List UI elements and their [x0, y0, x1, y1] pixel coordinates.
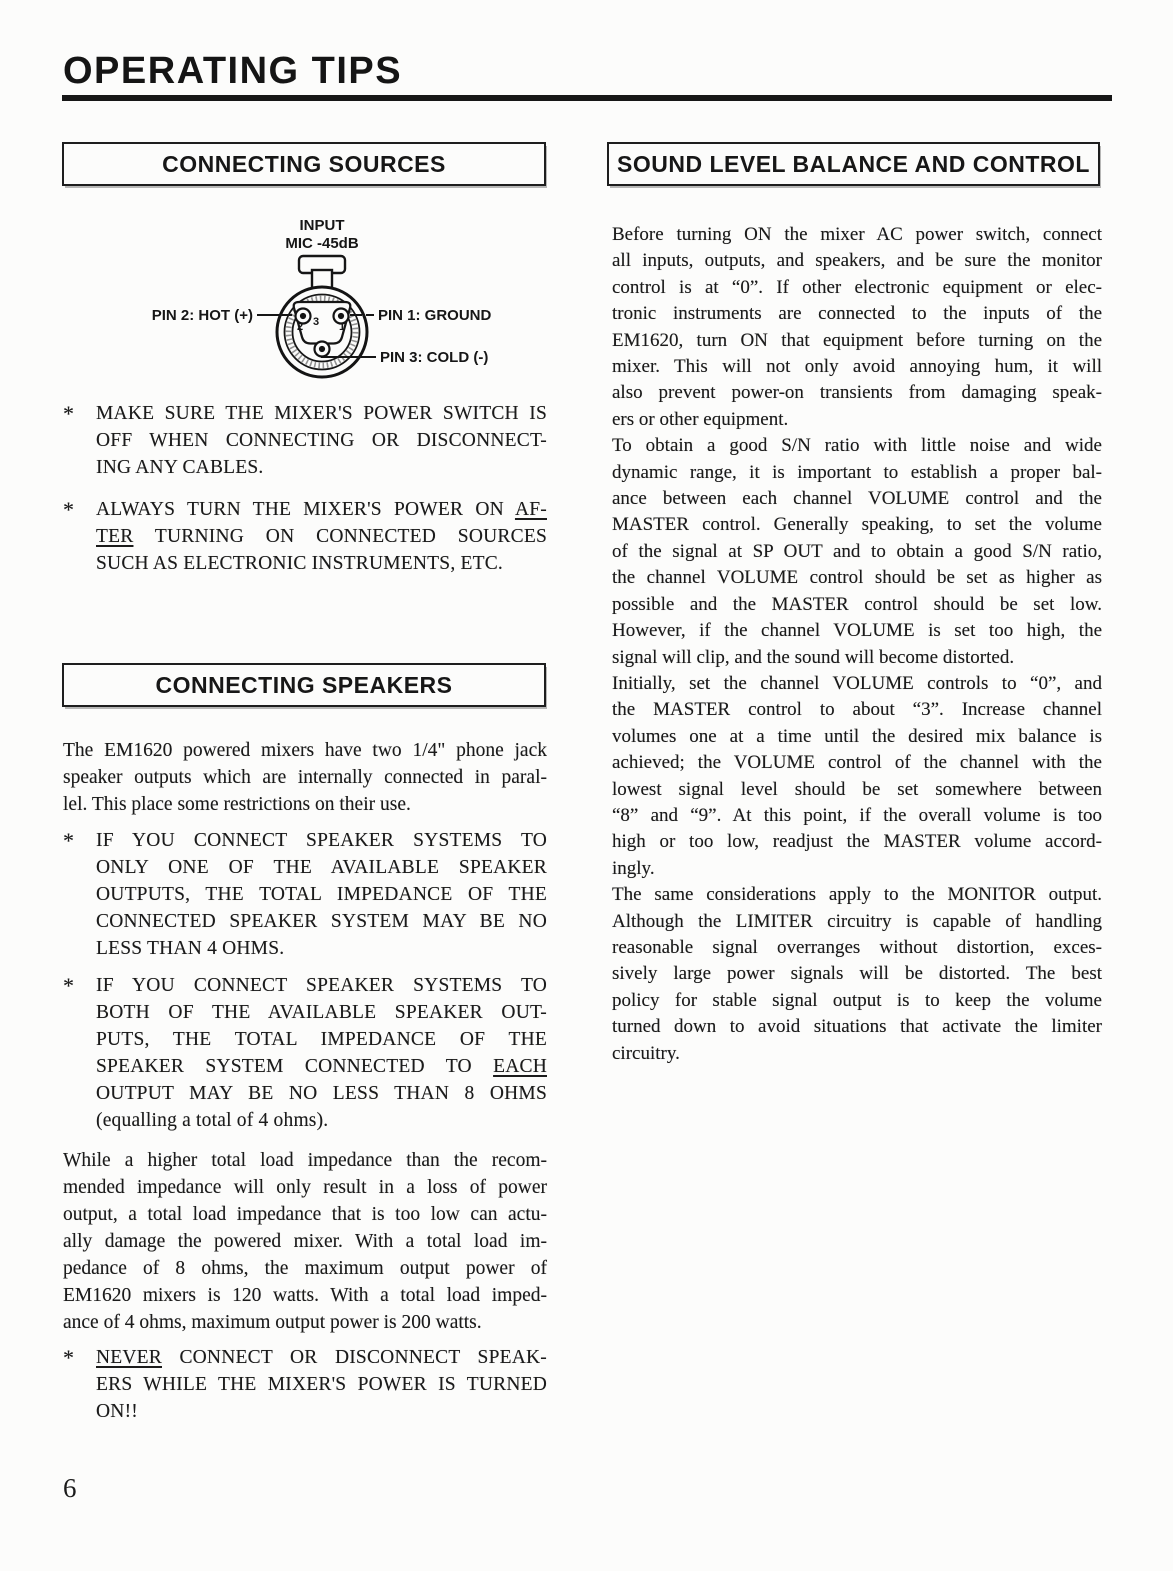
- bullet-text: NEVER CONNECT OR DISCONNECT SPEAK-ERS WH…: [96, 1344, 547, 1425]
- text-line: ONLY ONE OF THE AVAILABLE SPEAKER: [96, 854, 547, 881]
- text-line: EM1620 mixers is 120 watts. With a total…: [63, 1282, 547, 1309]
- bullet-asterisk: *: [63, 827, 96, 962]
- paragraph-initial-settings: Initially, set the channel VOLUME contro…: [612, 671, 1102, 882]
- text-line: “8” and “9”. At this point, if the overa…: [612, 803, 1102, 829]
- text-line: ally damage the powered mixer. With a to…: [63, 1228, 547, 1255]
- diagram-mic-level-label: MIC -45dB: [285, 235, 359, 252]
- section-box-sound-level: SOUND LEVEL BALANCE AND CONTROL: [607, 142, 1100, 186]
- text-line: high or too low, readjust the MASTER vol…: [612, 829, 1102, 855]
- text-line: SPEAKER SYSTEM CONNECTED TO EACH: [96, 1053, 547, 1080]
- text-line: ance of 4 ohms, maximum output power is …: [63, 1309, 547, 1336]
- bullet-text: ALWAYS TURN THE MIXER'S POWER ON AF-TER …: [96, 496, 547, 577]
- text-line: The same considerations apply to the MON…: [612, 882, 1102, 908]
- text-line: Before turning ON the mixer AC power swi…: [612, 222, 1102, 248]
- load-impedance-paragraph: While a higher total load impedance than…: [63, 1147, 547, 1336]
- pin3-number: 3: [313, 316, 319, 328]
- text-line: also prevent power-on transients from da…: [612, 380, 1102, 406]
- manual-page: OPERATING TIPS CONNECTING SOURCES SOUND …: [0, 0, 1173, 1571]
- text-line: policy for stable signal output is to ke…: [612, 988, 1102, 1014]
- text-line: To obtain a good S/N ratio with little n…: [612, 433, 1102, 459]
- text-line: ingly.: [612, 856, 1102, 882]
- text-line: OFF WHEN CONNECTING OR DISCONNECT-: [96, 427, 547, 454]
- text-line: lel. This place some restrictions on the…: [63, 791, 547, 818]
- text-line: mended impedance will only result in a l…: [63, 1174, 547, 1201]
- xlr-connector-diagram: INPUT MIC -45dB 2 3 1: [140, 212, 560, 390]
- diagram-input-label: INPUT: [300, 217, 345, 234]
- speakers-intro-paragraph: The EM1620 powered mixers have two 1/4" …: [63, 737, 547, 818]
- title-rule: [62, 95, 1112, 101]
- section-box-connecting-sources: CONNECTING SOURCES: [62, 142, 546, 186]
- text-line: ers or other equipment.: [612, 407, 1102, 433]
- text-line: possible and the MASTER control should b…: [612, 592, 1102, 618]
- text-line: OUTPUTS, THE TOTAL IMPEDANCE OF THE: [96, 881, 547, 908]
- section-heading-sound-level: SOUND LEVEL BALANCE AND CONTROL: [617, 151, 1090, 178]
- pin1-label: PIN 1: GROUND: [378, 307, 492, 324]
- pin3-label: PIN 3: COLD (-): [380, 349, 488, 366]
- text-line: signal will clip, and the sound will bec…: [612, 645, 1102, 671]
- text-line: all inputs, outputs, and speakers, and b…: [612, 248, 1102, 274]
- pin-3: [315, 342, 330, 357]
- text-line: While a higher total load impedance than…: [63, 1147, 547, 1174]
- text-line: IF YOU CONNECT SPEAKER SYSTEMS TO: [96, 972, 547, 999]
- bullet-text: IF YOU CONNECT SPEAKER SYSTEMS TOONLY ON…: [96, 827, 547, 962]
- speakers-bullet-both-outputs: * IF YOU CONNECT SPEAKER SYSTEMS TOBOTH …: [63, 972, 547, 1134]
- text-line: mixer. This will not only avoid annoying…: [612, 354, 1102, 380]
- text-line: EM1620, turn ON that equipment before tu…: [612, 328, 1102, 354]
- pin2-label: PIN 2: HOT (+): [152, 307, 253, 324]
- bullet-asterisk: *: [63, 400, 96, 481]
- text-line: TER TURNING ON CONNECTED SOURCES: [96, 523, 547, 550]
- page-title: OPERATING TIPS: [63, 50, 402, 93]
- text-line: OUTPUT MAY BE NO LESS THAN 8 OHMS: [96, 1080, 547, 1107]
- text-line: dynamic range, it is important to establ…: [612, 460, 1102, 486]
- section-box-connecting-speakers: CONNECTING SPEAKERS: [62, 663, 546, 707]
- bullet-asterisk: *: [63, 972, 96, 1134]
- text-line: ON!!: [96, 1398, 547, 1425]
- text-line: NEVER CONNECT OR DISCONNECT SPEAK-: [96, 1344, 547, 1371]
- pin1-number: 1: [339, 321, 345, 333]
- text-line: turned down to avoid situations that act…: [612, 1014, 1102, 1040]
- text-line: SUCH AS ELECTRONIC INSTRUMENTS, ETC.: [96, 550, 547, 577]
- text-line: reasonable signal overranges without dis…: [612, 935, 1102, 961]
- paragraph-before-power-on: Before turning ON the mixer AC power swi…: [612, 222, 1102, 433]
- bullet-asterisk: *: [63, 496, 96, 577]
- text-line: ERS WHILE THE MIXER'S POWER IS TURNED: [96, 1371, 547, 1398]
- text-line: ALWAYS TURN THE MIXER'S POWER ON AF-: [96, 496, 547, 523]
- paragraph-monitor-limiter: The same considerations apply to the MON…: [612, 882, 1102, 1067]
- text-line: sively large power signals will be disto…: [612, 961, 1102, 987]
- speakers-warning-bullet: * NEVER CONNECT OR DISCONNECT SPEAK-ERS …: [63, 1344, 547, 1425]
- text-line: lowest signal level should be set somewh…: [612, 777, 1102, 803]
- text-line: CONNECTED SPEAKER SYSTEM MAY BE NO: [96, 908, 547, 935]
- text-line: MASTER control. Generally speaking, to s…: [612, 512, 1102, 538]
- text-line: the MASTER control to about “3”. Increas…: [612, 697, 1102, 723]
- text-line: the channel VOLUME control should be set…: [612, 565, 1102, 591]
- pin2-number: 2: [297, 321, 303, 333]
- text-line: MAKE SURE THE MIXER'S POWER SWITCH IS: [96, 400, 547, 427]
- section-heading-connecting-speakers: CONNECTING SPEAKERS: [155, 672, 452, 699]
- text-line: control is at “0”. If other electronic e…: [612, 275, 1102, 301]
- text-line: Initially, set the channel VOLUME contro…: [612, 671, 1102, 697]
- text-line: ance between each channel VOLUME control…: [612, 486, 1102, 512]
- text-line: IF YOU CONNECT SPEAKER SYSTEMS TO: [96, 827, 547, 854]
- text-line: speaker outputs which are internally con…: [63, 764, 547, 791]
- text-line: However, if the channel VOLUME is set to…: [612, 618, 1102, 644]
- text-line: of the signal at SP OUT and to obtain a …: [612, 539, 1102, 565]
- text-line: The EM1620 powered mixers have two 1/4" …: [63, 737, 547, 764]
- sound-level-body: Before turning ON the mixer AC power swi…: [612, 222, 1102, 1067]
- speakers-bullet-one-output: * IF YOU CONNECT SPEAKER SYSTEMS TOONLY …: [63, 827, 547, 962]
- text-line: pedance of 8 ohms, the maximum output po…: [63, 1255, 547, 1282]
- text-line: Although the LIMITER circuitry is capabl…: [612, 909, 1102, 935]
- text-line: tronic instruments are connected to the …: [612, 301, 1102, 327]
- bullet-text: MAKE SURE THE MIXER'S POWER SWITCH ISOFF…: [96, 400, 547, 481]
- bullet-text: IF YOU CONNECT SPEAKER SYSTEMS TOBOTH OF…: [96, 972, 547, 1134]
- text-line: achieved; the VOLUME control of the chan…: [612, 750, 1102, 776]
- page-number: 6: [63, 1473, 77, 1504]
- text-line: BOTH OF THE AVAILABLE SPEAKER OUT-: [96, 999, 547, 1026]
- text-line: LESS THAN 4 OHMS.: [96, 935, 547, 962]
- sources-bullet-power-off: * MAKE SURE THE MIXER'S POWER SWITCH ISO…: [63, 400, 547, 481]
- text-line: circuitry.: [612, 1041, 1102, 1067]
- section-heading-connecting-sources: CONNECTING SOURCES: [162, 151, 446, 178]
- sources-bullet-power-order: * ALWAYS TURN THE MIXER'S POWER ON AF-TE…: [63, 496, 547, 577]
- text-line: PUTS, THE TOTAL IMPEDANCE OF THE: [96, 1026, 547, 1053]
- text-line: output, a total load impedance that is t…: [63, 1201, 547, 1228]
- text-line: ING ANY CABLES.: [96, 454, 547, 481]
- text-line: volumes one at a time until the desired …: [612, 724, 1102, 750]
- paragraph-sn-ratio: To obtain a good S/N ratio with little n…: [612, 433, 1102, 671]
- text-line: (equalling a total of 4 ohms).: [96, 1107, 547, 1134]
- bullet-asterisk: *: [63, 1344, 96, 1425]
